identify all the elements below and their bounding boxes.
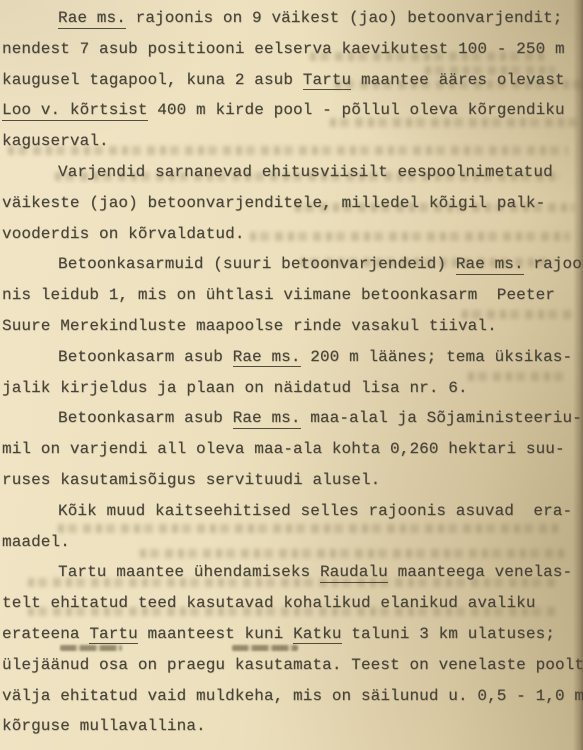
text-line: erateena Tartu maanteest kuni Katku talu… [2,619,580,650]
text-line: jalik kirjeldus ja plaan on näidatud lis… [2,373,580,404]
text-segment: väikeste (jao) betoonvarjenditele, mille… [2,194,545,212]
underlined-place-name: Rae ms. [233,348,301,368]
text-segment: maantee ääres olevast [351,71,564,89]
text-segment: maa-alal ja Sõjaministeeriu- [301,409,582,427]
underlined-place-name: Katku [293,625,342,645]
text-segment: ülejäänud osa on praegu kasutamata. Tees… [2,656,583,674]
text-line: Loo v. kõrtsist 400 m kirde pool - põllu… [2,95,580,126]
text-segment: Betoonkasarm asub [58,348,233,366]
text-line: Rae ms. rajoonis on 9 väikest (jao) beto… [2,3,580,34]
text-segment: maadel. [2,533,70,551]
underlined-place-name: Rae ms. [233,409,301,429]
text-segment: kõrguse mullavallina. [2,717,206,735]
text-segment: maanteega venelas- [388,563,572,581]
text-line: ülejäänud osa on praegu kasutamata. Tees… [2,650,580,681]
underlined-place-name: Tartu [89,625,138,645]
text-line: ruses kasutamisõigus servituudi alusel. [2,465,580,496]
text-segment: vooderdis on kõrvaldatud. [2,225,245,243]
underlined-place-name: Rae ms. [58,9,126,29]
text-segment: Betoonkasarmuid (suuri betoonvarjendeid) [58,255,456,273]
text-line: nendest 7 asub positiooni eelserva kaevi… [2,34,580,65]
document-text: Rae ms. rajoonis on 9 väikest (jao) beto… [2,3,580,742]
text-segment: mil on varjendi all oleva maa-ala kohta … [2,440,565,458]
text-line: Betoonkasarmuid (suuri betoonvarjendeid)… [2,249,580,280]
text-line: välja ehitatud vaid muldkeha, mis on säi… [2,681,580,712]
underlined-place-name: Tartu [303,71,352,91]
text-segment: Betoonkasarm asub [58,409,233,427]
text-line: kõrguse mullavallina. [2,711,580,742]
text-segment: nis leidub 1, mis on ühtlasi viimane bet… [2,286,555,304]
text-line: nis leidub 1, mis on ühtlasi viimane bet… [2,280,580,311]
text-segment: 400 m kirde pool - põllul oleva kõrgendi… [148,101,565,119]
text-segment: jalik kirjeldus ja plaan on näidatud lis… [2,379,468,397]
text-segment: kaguserval. [2,132,109,150]
underlined-place-name: Loo v. kõrtsist [2,101,148,121]
text-line: Kõik muud kaitseehitised selles rajoonis… [2,496,580,527]
text-segment: Tartu maantee ühendamiseks [58,563,320,581]
text-line: vooderdis on kõrvaldatud. [2,219,580,250]
text-segment: telt ehitatud teed kasutavad kohalikud e… [2,594,536,612]
text-segment: nendest 7 asub positiooni eelserva kaevi… [2,40,565,58]
text-line: Suure Merekindluste maapoolse rinde vasa… [2,311,580,342]
text-segment: välja ehitatud vaid muldkeha, mis on säi… [2,687,583,705]
text-line: kaguserval. [2,126,580,157]
text-segment: Suure Merekindluste maapoolse rinde vasa… [2,317,497,335]
text-line: väikeste (jao) betoonvarjenditele, mille… [2,188,580,219]
text-line: Tartu maantee ühendamiseks Raudalu maant… [2,557,580,588]
text-line: Betoonkasarm asub Rae ms. 200 m läänes; … [2,342,580,373]
text-segment: Varjendid sarnanevad ehitusviisilt eespo… [58,163,553,181]
text-segment: kaugusel tagapool, kuna 2 asub [2,71,303,89]
text-line: Betoonkasarm asub Rae ms. maa-alal ja Sõ… [2,403,580,434]
text-line: Varjendid sarnanevad ehitusviisilt eespo… [2,157,580,188]
text-segment: taluni 3 km ulatuses; [342,625,555,643]
text-line: telt ehitatud teed kasutavad kohalikud e… [2,588,580,619]
text-segment: maanteest kuni [138,625,293,643]
text-line: maadel. [2,527,580,558]
text-segment: Kõik muud kaitseehitised selles rajoonis… [58,502,572,520]
text-line: mil on varjendi all oleva maa-ala kohta … [2,434,580,465]
text-line: kaugusel tagapool, kuna 2 asub Tartu maa… [2,65,580,96]
underlined-place-name: Raudalu [320,563,388,583]
text-segment: ruses kasutamisõigus servituudi alusel. [2,471,380,489]
text-segment: 200 m läänes; tema üksikas- [301,348,573,366]
page-edge-shadow [573,0,583,750]
text-segment: rajoonis on 9 väikest (jao) betoonvarjen… [126,9,563,27]
underlined-place-name: Rae ms. [456,255,524,275]
paper-background: Rae ms. rajoonis on 9 väikest (jao) beto… [0,0,583,750]
text-segment: erateena [2,625,89,643]
